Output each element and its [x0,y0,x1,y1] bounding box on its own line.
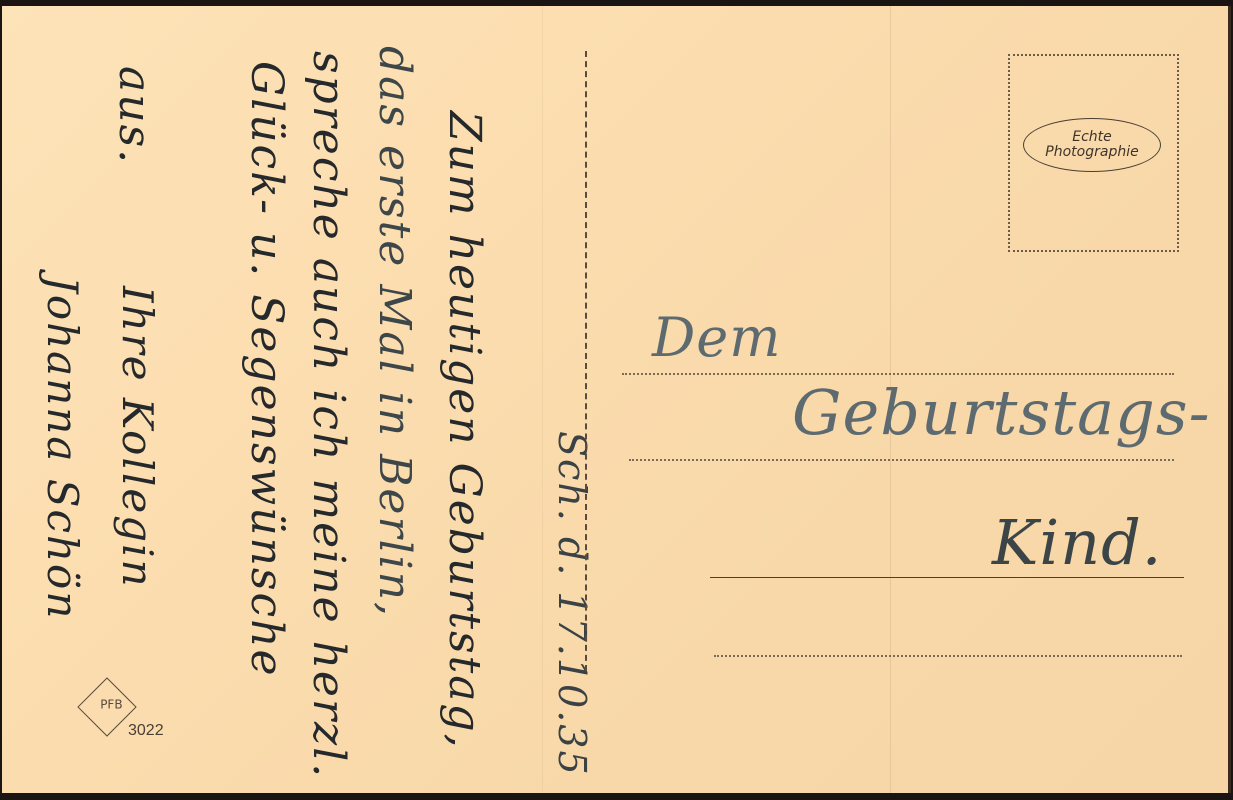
message-line: Glück- u. Segenswünsche [241,61,292,678]
postcard: Zum heutigen Geburtstag, das erste Mal i… [2,6,1231,793]
address-line-2 [629,459,1174,461]
closing-line: Ihre Kollegin [113,286,162,589]
address-line-1 [622,373,1174,375]
address-line-4 [714,655,1182,657]
echte-photographie-mark: Echte Photographie [1023,118,1161,172]
address-text-line3: Kind. [992,506,1162,579]
message-line: das erste Mal in Berlin, [369,46,420,618]
catalog-number: 3022 [128,722,164,740]
message-line: Zum heutigen Geburtstag, [439,111,490,750]
address-text-line2: Geburtstags- [792,376,1211,449]
center-divider [585,51,587,671]
stamp-box: Echte Photographie [1008,54,1179,252]
address-text-line1: Dem [652,306,781,369]
message-line: aus. [109,66,160,165]
signature: Johanna Schön [38,276,87,620]
date-line: Sch. d. 17.10.35 [550,431,594,777]
message-line: spreche auch ich meine herzl. [303,51,354,779]
paper-crease [542,6,543,793]
